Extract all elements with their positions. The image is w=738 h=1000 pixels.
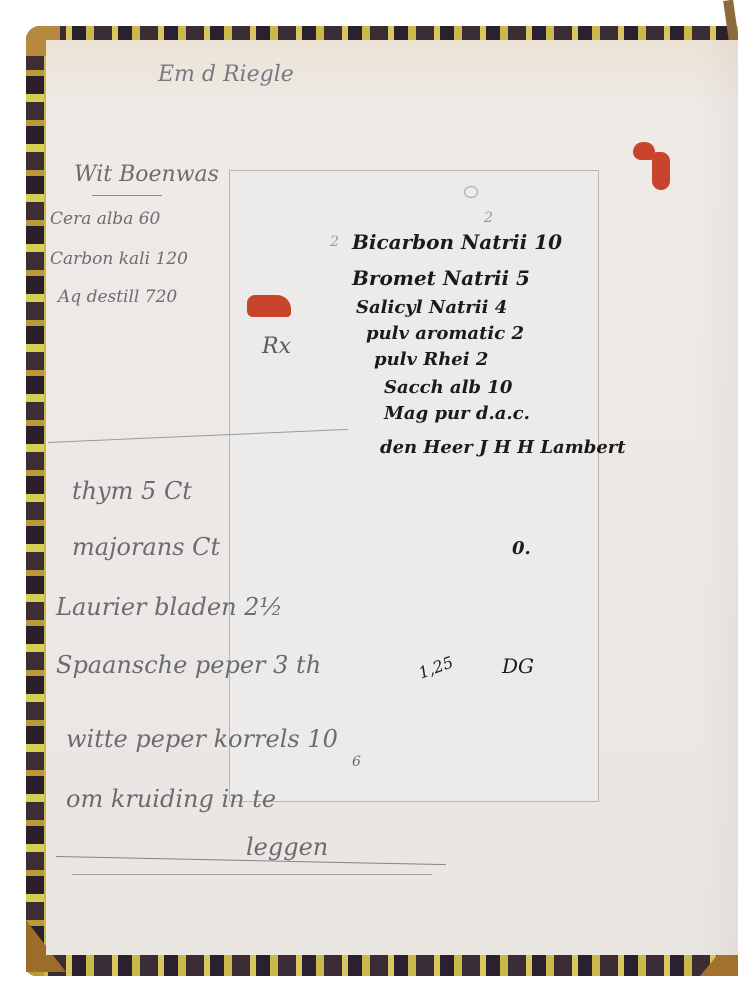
bottom-rule-line: [72, 874, 432, 875]
annotation-mark: 0.: [512, 538, 531, 559]
red-wax-seal-right-drip: [652, 152, 670, 190]
title-underline: [92, 195, 162, 196]
lower-notes-item: witte peper korrels 10: [66, 710, 338, 768]
left-notes-item: Aq destill 720: [58, 281, 177, 313]
rx-mark: Rx: [262, 334, 291, 359]
lower-notes-item: leggen: [246, 818, 328, 876]
margin-mark: 2: [330, 234, 339, 250]
left-notes-title: Wit Boenwas: [74, 162, 219, 187]
initials-mark: DG: [502, 654, 534, 678]
trailing-mark: 6: [352, 754, 361, 770]
prescription-line: Bicarbon Natrii 10: [352, 226, 562, 258]
prescription-signature: den Heer J H H Lambert: [380, 432, 626, 464]
left-notes-item: Carbon kali 120: [50, 243, 188, 275]
left-notes-item: Cera alba 60: [50, 203, 160, 235]
faint-circle-mark: [464, 186, 478, 198]
prescription-line: Mag pur d.a.c.: [384, 398, 530, 430]
lower-notes-item: thym 5 Ct: [72, 462, 192, 520]
margin-mark: 2: [484, 210, 493, 226]
lower-notes-item: Spaansche peper 3 th: [56, 636, 321, 694]
prescription-line: Bromet Natrii 5: [352, 262, 530, 294]
header-signature: Em d Riegle: [158, 62, 294, 87]
lower-notes-item: majorans Ct: [72, 518, 220, 576]
red-wax-seal-left: [247, 295, 291, 317]
lower-notes-item: om kruiding in te: [66, 770, 276, 828]
lower-notes-item: Laurier bladen 2½: [56, 578, 283, 636]
